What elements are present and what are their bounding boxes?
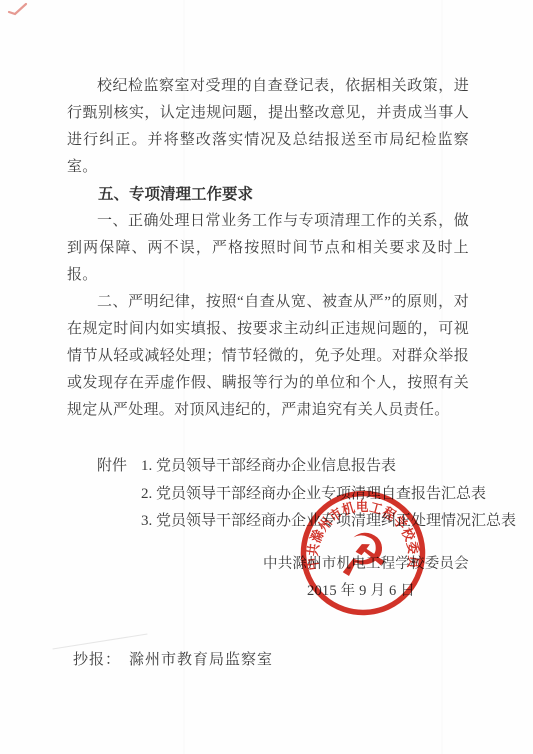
copy-to-recipient: 滁州市教育局监察室	[129, 652, 273, 668]
signature-block: 中共滁州市机电工程学校委员会 2015 年 9 月 6 日	[263, 551, 459, 605]
issue-date: 2015 年 9 月 6 日	[263, 578, 459, 605]
scanned-document-page: 校纪检监察室对受理的自查登记表，依据相关政策，进行甄别核实，认定违规问题，提出整…	[0, 0, 533, 754]
document-body: 校纪检监察室对受理的自查登记表，依据相关政策，进行甄别核实，认定违规问题，提出整…	[67, 73, 469, 536]
red-pen-mark	[7, 2, 29, 16]
copy-to-line: 抄报：滁州市教育局监察室	[73, 648, 273, 669]
attachment-item-2: 2. 党员领导干部经商办企业专项清理自查报告汇总表	[141, 481, 516, 509]
paragraph-requirement-2: 二、严明纪律，按照“自查从宽、被查从严”的原则，对在规定时间内如实填报、按要求主…	[67, 289, 469, 424]
copy-to-label: 抄报：	[73, 652, 121, 668]
attachment-item-1: 1. 党员领导干部经商办企业信息报告表	[141, 453, 516, 481]
section-heading-5: 五、专项清理工作要求	[67, 181, 469, 208]
paragraph-requirement-1: 一、正确处理日常业务工作与专项清理工作的关系，做到两保障、两不误，严格按照时间节…	[67, 208, 469, 289]
attachment-list: 附件 1. 党员领导干部经商办企业信息报告表 2. 党员领导干部经商办企业专项清…	[67, 453, 469, 536]
attachment-items: 1. 党员领导干部经商办企业信息报告表 2. 党员领导干部经商办企业专项清理自查…	[141, 453, 516, 536]
attachment-item-3: 3. 党员领导干部经商办企业专项清理纠正处理情况汇总表	[141, 508, 516, 536]
paragraph-self-check-review: 校纪检监察室对受理的自查登记表，依据相关政策，进行甄别核实，认定违规问题，提出整…	[67, 73, 469, 181]
issuing-authority: 中共滁州市机电工程学校委员会	[263, 551, 459, 578]
attachment-label: 附件	[97, 453, 127, 536]
